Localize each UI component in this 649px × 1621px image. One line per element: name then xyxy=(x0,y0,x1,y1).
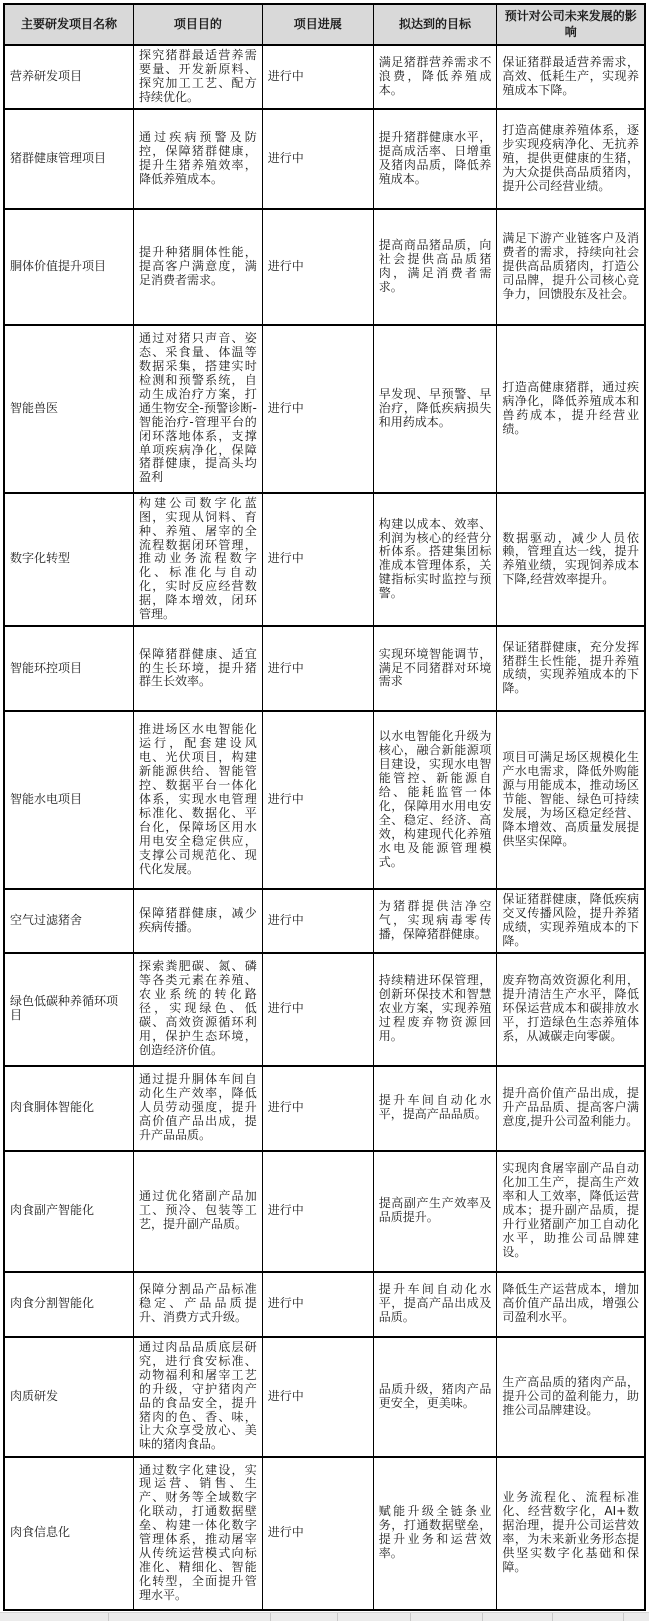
cell-project-progress: 进行中 xyxy=(262,1272,373,1337)
cell-project-purpose: 通过数字化建设，实现运营、销售、生产、财务等全域数字化联动，打通数据壁垒、构建一… xyxy=(133,1457,262,1610)
cell-project-goal: 早发现、早预警、早治疗，降低疾病损失和用药成本。 xyxy=(373,325,497,493)
cell-project-purpose: 保障分割品产品标准稳定、产品品质提升、消费方式升级。 xyxy=(133,1272,262,1337)
table-row: 数字化转型 构建公司数字化蓝图，实现从饲料、育种、养殖、屠宰的全流程数据闭环管理… xyxy=(4,493,645,626)
cell-project-name: 智能兽医 xyxy=(4,325,133,493)
cell-project-goal: 持续精进环保管理，创新环保技术和智慧农业方案，实现养殖过程废弃物资源回用。 xyxy=(373,953,497,1066)
cell-project-purpose: 探究猪群最适营养需要量、开发新原料、探究加工工艺、配方持续优化。 xyxy=(133,45,262,109)
header-project-purpose: 项目目的 xyxy=(133,4,262,45)
cell-project-goal: 提高副产生产效率及品质提升。 xyxy=(373,1151,497,1272)
table-row: 智能兽医 通过对猪只声音、姿态、采食量、体温等数据采集，搭建实时检测和预警系统，… xyxy=(4,325,645,493)
cell-project-progress: 进行中 xyxy=(262,45,373,109)
cell-project-name: 营养研发项目 xyxy=(4,45,133,109)
cell-project-purpose: 构建公司数字化蓝图，实现从饲料、育种、养殖、屠宰的全流程数据闭环管理，推动业务流… xyxy=(133,493,262,626)
cell-future-impact: 数据驱动，减少人员依赖，管理直达一线，提升养殖业绩，实现饲养成本下降,经营效率提… xyxy=(497,493,645,626)
cell-project-purpose: 提升种猪胴体性能，提高客户满意度，满足消费者需求。 xyxy=(133,209,262,325)
cell-project-name: 绿色低碳种养循环项目 xyxy=(4,953,133,1066)
table-row: 猪群健康管理项目 通过疾病预警及防控，保障猪群健康，提升生猪养殖效率，降低养殖成… xyxy=(4,109,645,209)
cell-project-name: 胴体价值提升项目 xyxy=(4,209,133,325)
cell-project-name: 数字化转型 xyxy=(4,493,133,626)
cell-project-progress: 进行中 xyxy=(262,109,373,209)
cell-project-name: 空气过滤猪舍 xyxy=(4,889,133,953)
cell-project-progress: 进行中 xyxy=(262,1151,373,1272)
document-page: 主要研发项目名称 项目目的 项目进展 拟达到的目标 预计对公司未来发展的影响 营… xyxy=(0,0,649,1621)
header-future-impact: 预计对公司未来发展的影响 xyxy=(497,4,645,45)
cell-project-purpose: 保障猪群健康、适宜的生长环境，提升猪群生长效率。 xyxy=(133,626,262,711)
next-table-edge xyxy=(0,1612,649,1621)
cell-project-name: 肉质研发 xyxy=(4,1337,133,1457)
cell-future-impact: 提升高价值产品出成，提升产品品质、提高客户满意度,提升公司盈利能力。 xyxy=(497,1066,645,1151)
cell-future-impact: 打造高健康养殖体系，逐步实现疫病净化、无抗养殖，提供更健康的生猪，为大众提供高品… xyxy=(497,109,645,209)
cell-project-name: 肉食信息化 xyxy=(4,1457,133,1610)
rd-projects-table: 主要研发项目名称 项目目的 项目进展 拟达到的目标 预计对公司未来发展的影响 营… xyxy=(3,3,646,1611)
cell-project-name: 肉食分割智能化 xyxy=(4,1272,133,1337)
cell-project-progress: 进行中 xyxy=(262,889,373,953)
table-row: 肉食分割智能化 保障分割品产品标准稳定、产品品质提升、消费方式升级。 进行中 提… xyxy=(4,1272,645,1337)
cell-project-goal: 满足猪群营养需求不浪费，降低养殖成本。 xyxy=(373,45,497,109)
header-project-progress: 项目进展 xyxy=(262,4,373,45)
table-row: 空气过滤猪舍 保障猪群健康，减少疾病传播。 进行中 为猪群提供洁净空气，实现病毒… xyxy=(4,889,645,953)
cell-project-goal: 提升车间自动化水平，提高产品出成及品质。 xyxy=(373,1272,497,1337)
cell-project-goal: 提高商品猪品质，向社会提供高品质猪肉，满足消费者需求。 xyxy=(373,209,497,325)
table-row: 肉质研发 通过肉品品质底层研究，进行食安标准、动物福利和屠宰工艺的升级，守护猪肉… xyxy=(4,1337,645,1457)
cell-future-impact: 生产高品质的猪肉产品，提升公司的盈利能力，助推公司品牌建设。 xyxy=(497,1337,645,1457)
table-row: 肉食副产智能化 通过优化猪副产品加工、预冷、包装等工艺，提升副产品质。 进行中 … xyxy=(4,1151,645,1272)
cell-future-impact: 项目可满足场区规模化生产水电需求，降低外购能源与用能成本，推动场区节能、智能、绿… xyxy=(497,711,645,889)
cell-future-impact: 降低生产运营成本，增加高价值产品出成，增强公司盈利水平。 xyxy=(497,1272,645,1337)
cell-project-progress: 进行中 xyxy=(262,626,373,711)
table-row: 肉食胴体智能化 通过提升胴体车间自动化生产效率，降低人员劳动强度，提升高价值产品… xyxy=(4,1066,645,1151)
cell-project-name: 肉食副产智能化 xyxy=(4,1151,133,1272)
cell-project-goal: 品质升级，猪肉产品更安全，更美味。 xyxy=(373,1337,497,1457)
table-row: 胴体价值提升项目 提升种猪胴体性能，提高客户满意度，满足消费者需求。 进行中 提… xyxy=(4,209,645,325)
cell-project-name: 智能水电项目 xyxy=(4,711,133,889)
cell-future-impact: 保证猪群健康，充分发挥猪群生长性能，提升养殖成绩，实现养殖成本的下降。 xyxy=(497,626,645,711)
cell-project-name: 猪群健康管理项目 xyxy=(4,109,133,209)
table-row: 绿色低碳种养循环项目 探索粪肥碳、氮、磷等各类元素在养殖、农业系统的转化路径，实… xyxy=(4,953,645,1066)
header-project-goal: 拟达到的目标 xyxy=(373,4,497,45)
header-project-name: 主要研发项目名称 xyxy=(4,4,133,45)
cell-project-goal: 提升猪群健康水平，提高成活率、日增重及猪肉品质，降低养殖成本。 xyxy=(373,109,497,209)
cell-future-impact: 保证猪群健康，降低疾病交叉传播风险，提升养猪成绩，实现养殖成本的下降。 xyxy=(497,889,645,953)
cell-project-progress: 进行中 xyxy=(262,1337,373,1457)
cell-project-purpose: 探索粪肥碳、氮、磷等各类元素在养殖、农业系统的转化路径，实现绿色、低碳、高效资源… xyxy=(133,953,262,1066)
cell-project-progress: 进行中 xyxy=(262,953,373,1066)
cell-project-progress: 进行中 xyxy=(262,325,373,493)
cell-project-purpose: 通过提升胴体车间自动化生产效率，降低人员劳动强度，提升高价值产品出成，提升产品品… xyxy=(133,1066,262,1151)
cell-project-purpose: 通过肉品品质底层研究，进行食安标准、动物福利和屠宰工艺的升级，守护猪肉产品的食品… xyxy=(133,1337,262,1457)
cell-project-goal: 赋能升级全链条业务，打通数据壁垒，提升业务和运营效率。 xyxy=(373,1457,497,1610)
cell-project-purpose: 通过优化猪副产品加工、预冷、包装等工艺，提升副产品质。 xyxy=(133,1151,262,1272)
cell-project-progress: 进行中 xyxy=(262,1457,373,1610)
cell-future-impact: 废弃物高效资源化利用，提升清洁生产水平，降低环保运营成本和碳排放水平，打造绿色生… xyxy=(497,953,645,1066)
cell-project-goal: 为猪群提供洁净空气，实现病毒零传播，保障猪群健康。 xyxy=(373,889,497,953)
table-row: 智能水电项目 推进场区水电智能化运行，配套建设风电、光伏项目，构建新能源供给、智… xyxy=(4,711,645,889)
cell-project-progress: 进行中 xyxy=(262,1066,373,1151)
cell-project-progress: 进行中 xyxy=(262,711,373,889)
cell-project-purpose: 通过疾病预警及防控，保障猪群健康，提升生猪养殖效率，降低养殖成本。 xyxy=(133,109,262,209)
cell-project-progress: 进行中 xyxy=(262,493,373,626)
cell-project-goal: 构建以成本、效率、利润为核心的经营分析体系。搭建集团标准成本管理体系，关键指标实… xyxy=(373,493,497,626)
cell-project-name: 智能环控项目 xyxy=(4,626,133,711)
table-row: 营养研发项目 探究猪群最适营养需要量、开发新原料、探究加工工艺、配方持续优化。 … xyxy=(4,45,645,109)
table-row: 智能环控项目 保障猪群健康、适宜的生长环境，提升猪群生长效率。 进行中 实现环境… xyxy=(4,626,645,711)
cell-future-impact: 满足下游产业链客户及消费者的需求，持续向社会提供高品质猪肉，打造公司品牌，提升公… xyxy=(497,209,645,325)
cell-future-impact: 保证猪群最适营养需求，高效、低耗生产，实现养殖成本下降。 xyxy=(497,45,645,109)
cell-project-goal: 提升车间自动化水平，提高产品品质。 xyxy=(373,1066,497,1151)
cell-future-impact: 打造高健康猪群，通过疾病净化，降低养殖成本和兽药成本，提升经营业绩。 xyxy=(497,325,645,493)
cell-project-purpose: 推进场区水电智能化运行，配套建设风电、光伏项目，构建新能源供给、智能管控、数据平… xyxy=(133,711,262,889)
cell-project-purpose: 通过对猪只声音、姿态、采食量、体温等数据采集，搭建实时检测和预警系统，自动生成治… xyxy=(133,325,262,493)
cell-project-goal: 实现环境智能调节，满足不同猪群对环境需求 xyxy=(373,626,497,711)
cell-project-name: 肉食胴体智能化 xyxy=(4,1066,133,1151)
cell-future-impact: 业务流程化、流程标准化、经营数字化，AI+数据治理，提升公司运营效率，为未来新业… xyxy=(497,1457,645,1610)
cell-project-purpose: 保障猪群健康，减少疾病传播。 xyxy=(133,889,262,953)
cell-project-goal: 以水电智能化升级为核心，融合新能源项目建设，实现水电智能管控、新能源自给、能耗监… xyxy=(373,711,497,889)
table-row: 肉食信息化 通过数字化建设，实现运营、销售、生产、财务等全域数字化联动，打通数据… xyxy=(4,1457,645,1610)
cell-project-progress: 进行中 xyxy=(262,209,373,325)
table-header-row: 主要研发项目名称 项目目的 项目进展 拟达到的目标 预计对公司未来发展的影响 xyxy=(4,4,645,45)
cell-future-impact: 实现肉食屠宰副产品自动化加工生产，提高生产效率和人工效率，降低运营成本；提升副产… xyxy=(497,1151,645,1272)
